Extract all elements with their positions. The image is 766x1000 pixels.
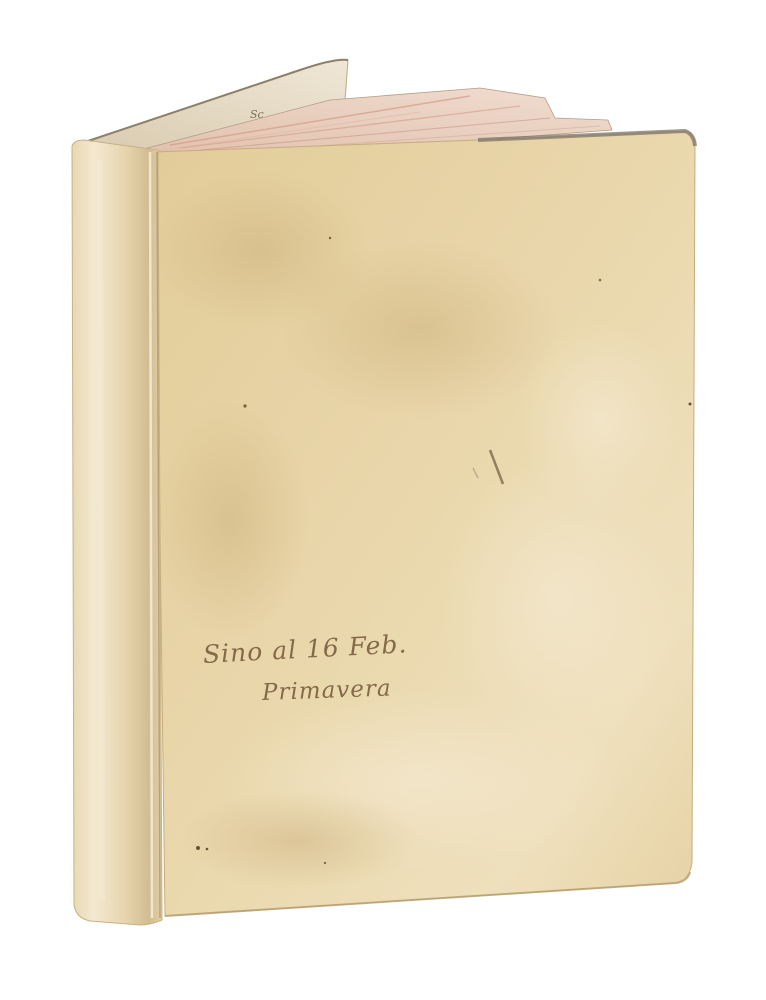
spine xyxy=(72,140,162,925)
book-photo: Sc xyxy=(0,0,766,1000)
inscription-line-2: Primavera xyxy=(262,675,393,706)
book-illustration: Sc xyxy=(0,0,766,1000)
front-cover xyxy=(150,131,695,916)
